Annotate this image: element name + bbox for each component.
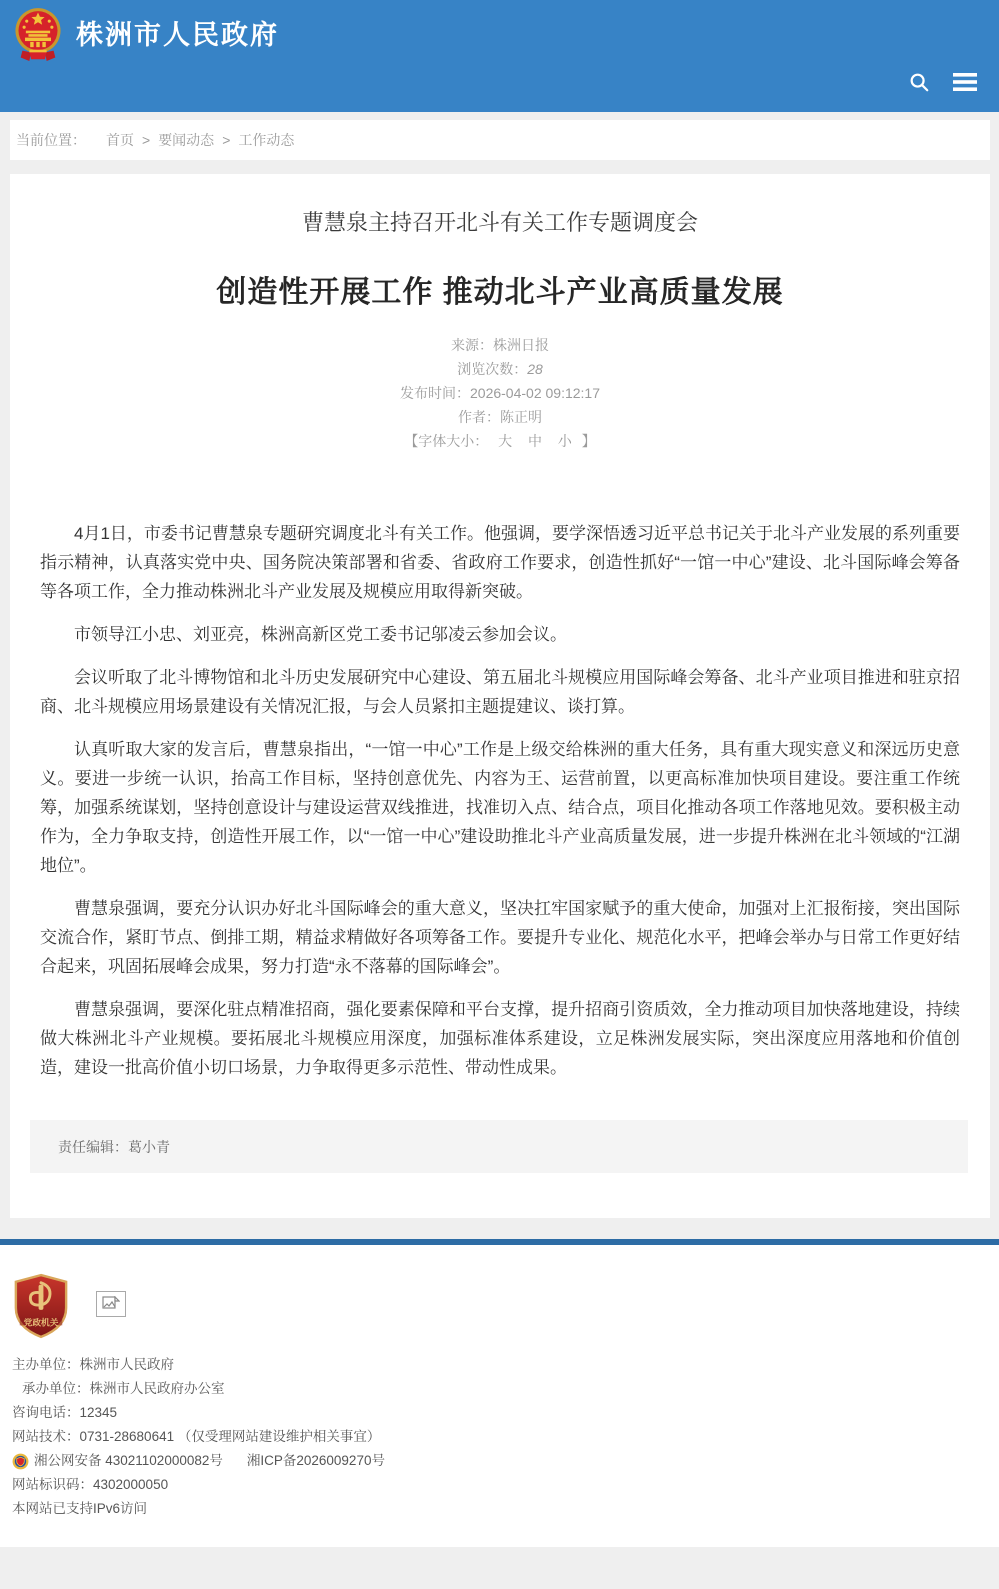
article-title: 创造性开展工作 推动北斗产业高质量发展 xyxy=(10,267,990,311)
meta-publish-time: 发布时间：2026-04-02 09:12:17 xyxy=(10,381,990,405)
footer-organizer: 承办单位：株洲市人民政府办公室 xyxy=(12,1377,979,1401)
party-government-badge-icon[interactable]: 党政机关 xyxy=(12,1273,70,1339)
icp-record-link[interactable]: 湘ICP备2026009270号 xyxy=(247,1449,385,1473)
fontsize-small-button[interactable]: 小 xyxy=(558,433,572,449)
article-paragraph: 曹慧泉强调，要充分认识办好北斗国际峰会的重大意义，坚决扛牢国家赋予的重大使命，加… xyxy=(40,894,960,981)
article-paragraph: 曹慧泉强调，要深化驻点精准招商，强化要素保障和平台支撑，提升招商引资质效，全力推… xyxy=(40,995,960,1082)
article-paragraph: 4月1日，市委书记曹慧泉专题研究调度北斗有关工作。他强调，要学深悟透习近平总书记… xyxy=(40,519,960,606)
national-emblem-icon xyxy=(12,7,64,63)
site-header: 株洲市人民政府 xyxy=(0,0,999,112)
article-paragraph: 认真听取大家的发言后，曹慧泉指出，“一馆一中心”工作是上级交给株洲的重大任务，具… xyxy=(40,735,960,880)
article-card: 曹慧泉主持召开北斗有关工作专题调度会 创造性开展工作 推动北斗产业高质量发展 来… xyxy=(10,174,990,1218)
breadcrumb-home-link[interactable]: 首页 xyxy=(106,130,134,150)
meta-source: 来源：株洲日报 xyxy=(10,333,990,357)
article-body: 4月1日，市委书记曹慧泉专题研究调度北斗有关工作。他强调，要学深悟透习近平总书记… xyxy=(10,519,990,1082)
breadcrumb-news-link[interactable]: 要闻动态 xyxy=(158,130,214,150)
breadcrumb-separator: > xyxy=(222,132,230,148)
fontsize-control: 【字体大小： 大 中 小 】 xyxy=(10,429,990,453)
police-badge-icon xyxy=(12,1453,29,1470)
site-footer: 党政机关 主办单位：株洲市人民政府 承办单位：株洲市人民政府办公室 咨询电话：1… xyxy=(0,1245,999,1547)
breadcrumb-label: 当前位置： xyxy=(16,130,86,150)
broken-image-placeholder-icon xyxy=(96,1291,126,1317)
editor-label: 责任编辑： xyxy=(58,1137,128,1157)
footer-site-id: 网站标识码：4302000050 xyxy=(12,1473,979,1497)
breadcrumb-separator: > xyxy=(142,132,150,148)
breadcrumb-current-link[interactable]: 工作动态 xyxy=(238,130,294,150)
meta-views: 浏览次数：28 xyxy=(10,357,990,381)
editor-name: 葛小青 xyxy=(128,1137,170,1157)
hamburger-menu-icon[interactable] xyxy=(953,70,977,94)
breadcrumb: 当前位置： 首页 > 要闻动态 > 工作动态 xyxy=(10,120,990,160)
meta-author: 作者：陈正明 xyxy=(10,405,990,429)
article-subtitle: 曹慧泉主持召开北斗有关工作专题调度会 xyxy=(10,206,990,237)
editor-box: 责任编辑： 葛小青 xyxy=(30,1120,968,1173)
footer-ipv6: 本网站已支持IPv6访问 xyxy=(12,1497,979,1521)
article-paragraph: 市领导江小忠、刘亚亮，株洲高新区党工委书记邬凌云参加会议。 xyxy=(40,620,960,649)
fontsize-medium-button[interactable]: 中 xyxy=(528,433,542,449)
fontsize-large-button[interactable]: 大 xyxy=(498,433,512,449)
footer-tech: 网站技术：0731-28680641 （仅受理网站建设维护相关事宜） xyxy=(12,1425,979,1449)
site-title: 株洲市人民政府 xyxy=(76,13,279,52)
security-record-link[interactable]: 湘公网安备 43021102000082号 xyxy=(34,1449,223,1473)
article-paragraph: 会议听取了北斗博物馆和北斗历史发展研究中心建设、第五届北斗规模应用国际峰会筹备、… xyxy=(40,663,960,721)
views-count: 28 xyxy=(527,361,543,377)
footer-records: 湘公网安备 43021102000082号 湘ICP备2026009270号 xyxy=(12,1449,979,1473)
footer-phone: 咨询电话：12345 xyxy=(12,1401,979,1425)
search-icon[interactable] xyxy=(907,70,931,94)
site-logo[interactable]: 株洲市人民政府 xyxy=(12,7,279,63)
footer-host: 主办单位：株洲市人民政府 xyxy=(12,1353,979,1377)
article-meta: 来源：株洲日报 浏览次数：28 发布时间：2026-04-02 09:12:17… xyxy=(10,333,990,453)
badge-label: 党政机关 xyxy=(24,1316,59,1327)
